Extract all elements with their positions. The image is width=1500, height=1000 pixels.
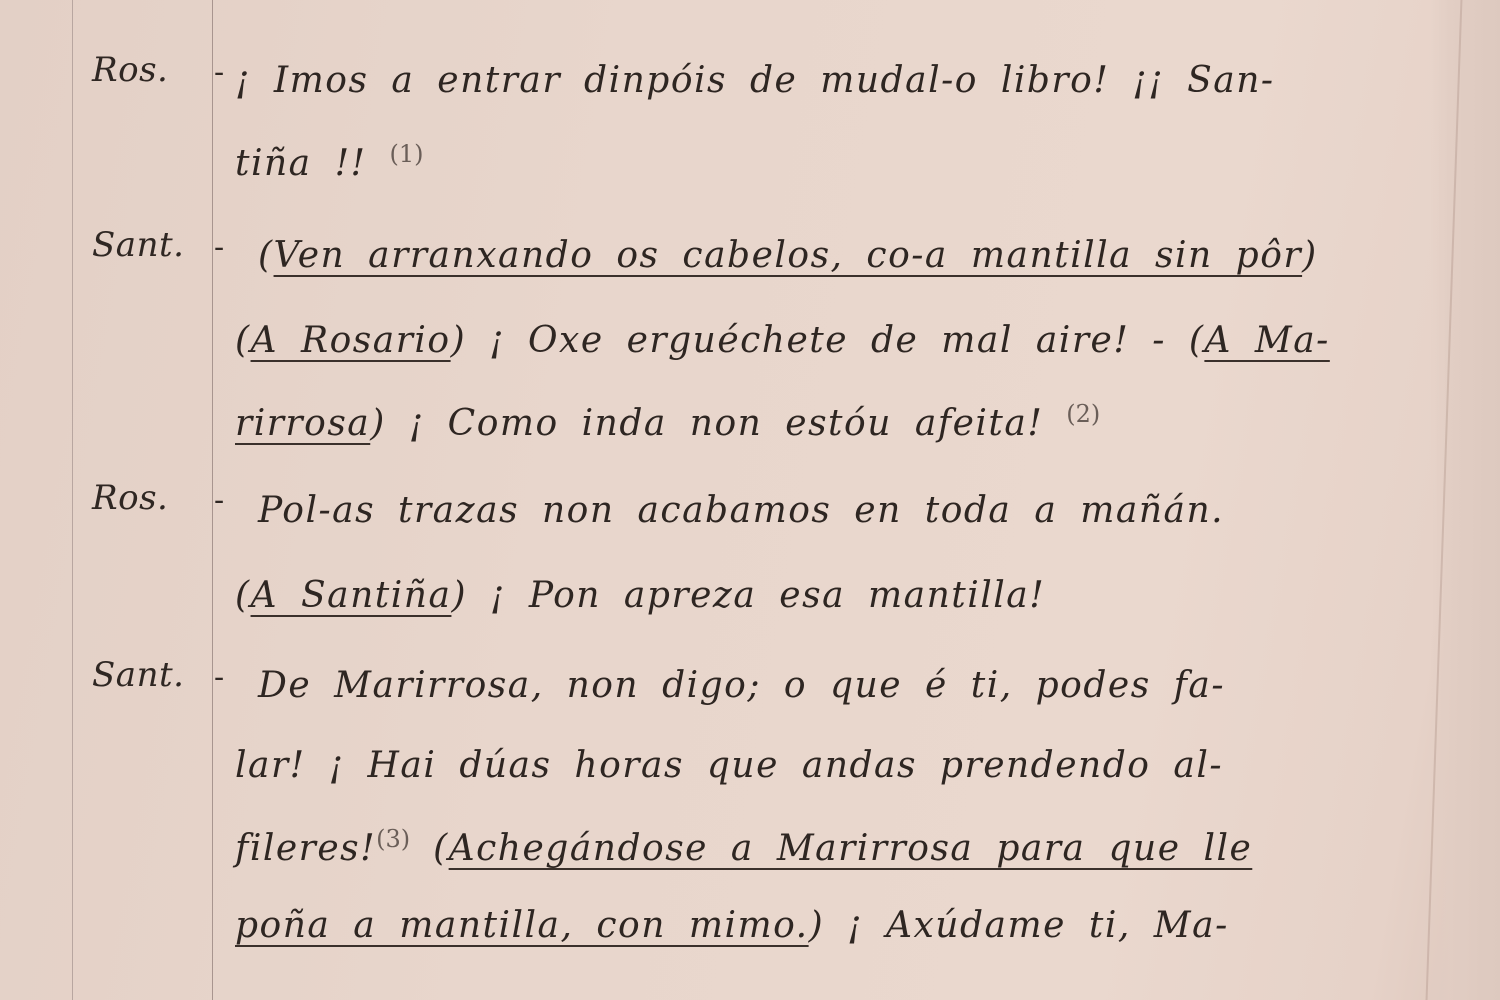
dialogue-line: (A Rosario) ¡ Oxe erguéchete de mal aire…: [235, 320, 1330, 361]
footnote-marker: (3): [376, 825, 410, 853]
stage-direction: A Ma-: [1204, 320, 1329, 361]
dialogue-text: ) ¡ Pon apreza esa mantilla!: [451, 575, 1045, 616]
speaker-dash: -: [214, 660, 224, 695]
dialogue-text: ) ¡ Oxe erguéchete de mal aire! - (: [451, 320, 1205, 361]
stage-direction: A Santiña: [251, 575, 452, 616]
speaker-label: Ros.: [92, 478, 168, 518]
stage-direction-line: (Ven arranxando os cabelos, co-a mantill…: [258, 235, 1318, 276]
stage-direction: A Rosario: [251, 320, 451, 361]
dialogue-line: ¡ Imos a entrar dinpóis de mudal-o libro…: [235, 60, 1275, 101]
paren-open: (: [235, 575, 251, 616]
dialogue-text: lar! ¡ Hai dúas horas que andas prendend…: [235, 745, 1223, 786]
dialogue-text: De Marirrosa, non digo; o que é ti, pode…: [258, 665, 1225, 706]
dialogue-text: tiña !!: [235, 143, 367, 184]
paren-open: (: [235, 320, 251, 361]
dialogue-line: tiña !! (1): [235, 140, 423, 184]
page-edge-shadow: [1430, 0, 1500, 1000]
dialogue-text: fileres!: [235, 828, 376, 869]
dialogue-text: ) ¡ Como inda non estóu afeita!: [370, 403, 1043, 444]
speaker-dash: -: [214, 230, 224, 265]
dialogue-line: De Marirrosa, non digo; o que é ti, pode…: [258, 665, 1225, 706]
speaker-label: Ros.: [92, 50, 168, 90]
footnote-marker: (1): [389, 140, 423, 168]
margin-rule-outer: [72, 0, 73, 1000]
dialogue-line: poña a mantilla, con mimo.) ¡ Axúdame ti…: [235, 905, 1229, 946]
dialogue-line: Pol-as trazas non acabamos en toda a mañ…: [258, 490, 1224, 531]
stage-direction: poña a mantilla, con mimo.: [235, 905, 809, 946]
stage-direction: Ven arranxando os cabelos, co-a mantilla…: [274, 235, 1303, 276]
dialogue-text: Pol-as trazas non acabamos en toda a mañ…: [258, 490, 1224, 531]
dialogue-line: rirrosa) ¡ Como inda non estóu afeita! (…: [235, 400, 1100, 444]
speaker-label: Sant.: [92, 655, 184, 695]
speaker-label: Sant.: [92, 225, 184, 265]
dialogue-line: lar! ¡ Hai dúas horas que andas prendend…: [235, 745, 1223, 786]
paren-open: (: [410, 828, 449, 869]
stage-direction: rirrosa: [235, 403, 370, 444]
footnote-marker: (2): [1066, 400, 1100, 428]
dialogue-text: ¡ Imos a entrar dinpóis de mudal-o libro…: [235, 60, 1275, 101]
dialogue-line: fileres!(3) (Achegándose a Marirrosa par…: [235, 825, 1252, 869]
margin-rule-inner: [212, 0, 213, 1000]
paren-close: ): [1302, 235, 1318, 276]
stage-direction: Achegándose a Marirrosa para que lle: [449, 828, 1253, 869]
speaker-dash: -: [214, 483, 224, 518]
speaker-dash: -: [214, 55, 224, 90]
dialogue-text: ) ¡ Axúdame ti, Ma-: [809, 905, 1229, 946]
paren-open: (: [258, 235, 274, 276]
dialogue-line: (A Santiña) ¡ Pon apreza esa mantilla!: [235, 575, 1045, 616]
